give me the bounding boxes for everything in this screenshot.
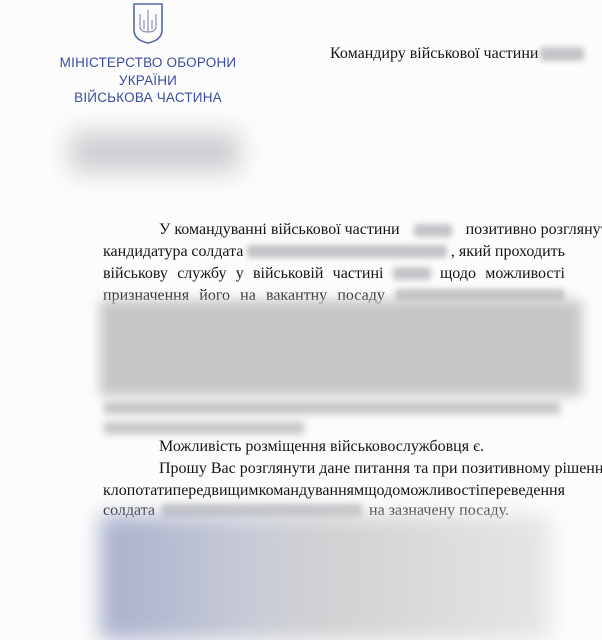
country-name: УКРАЇНИ [0,73,296,89]
redacted-outgoing-number [70,132,240,172]
redacted-unit-number [414,224,452,237]
redacted-position-details [100,300,582,396]
body-line-1: У командуванні військової частини позити… [103,219,565,241]
trident-coat-of-arms-icon [131,2,165,44]
redacted-unit-number [393,267,431,280]
recipient-line: Командиру військової частини [330,45,584,63]
body-line-2: кандидатура солдата , який проходить [103,241,565,263]
body-paragraph-2: Можливість розміщення військовослужбовця… [103,436,565,458]
military-unit-label: ВІЙСЬКОВА ЧАСТИНА [0,90,296,106]
redacted-unit-number [540,47,584,61]
body-line-p3-2: клопотати перед вищим командуванням щодо… [103,480,565,502]
letter-page: МІНІСТЕРСТВО ОБОРОНИ УКРАЇНИ ВІЙСЬКОВА Ч… [0,0,602,640]
body-line-3: військову службу у військовій частині що… [103,263,565,285]
ministry-name: МІНІСТЕРСТВО ОБОРОНИ [0,55,296,71]
redacted-signature-block [100,515,550,640]
body-line-p3-1: Прошу Вас розглянути дане питання та при… [103,458,565,480]
redacted-text-line [104,402,560,414]
redacted-text-line [104,422,304,434]
redacted-soldier-name [247,245,447,258]
